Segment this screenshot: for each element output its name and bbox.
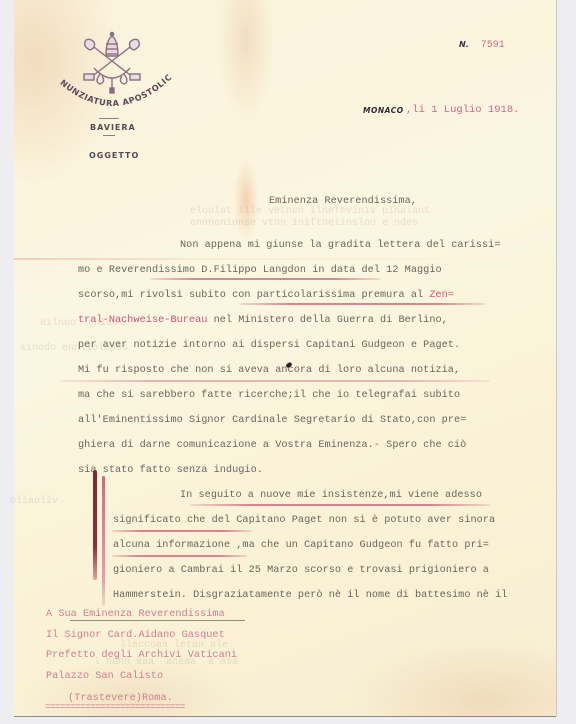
red-pencil-underline xyxy=(112,555,247,557)
body-line-text: scorso,mi rivolsi subito con particolari… xyxy=(78,290,429,301)
body-line: mo e Reverendissimo D.Filippo Langdon in… xyxy=(78,265,442,277)
body-line: all'Eminentissimo Signor Cardinale Segre… xyxy=(78,415,466,427)
dateline-date: ,li 1 Luglio 1918. xyxy=(406,104,519,116)
letterhead-divider xyxy=(103,135,115,136)
letterhead-institution: NUNZIATURA APOSTOLICA xyxy=(50,70,180,120)
letterhead-subject-label: OGGETTO xyxy=(89,151,139,160)
addressee-line: Il Signor Card.Aidano Gasquet xyxy=(46,630,225,642)
body-line: Non appena mi giunse la gradita lettera … xyxy=(180,240,501,252)
body-line: Mi fu risposto che non si aveva ancora d… xyxy=(78,365,460,377)
body-line: sia stato fatto senza indugio. xyxy=(78,465,263,477)
body-line: per aver notizie intorno ai dispersi Cap… xyxy=(78,340,460,352)
body-line: ghiera di darne comunicazione a Vostra E… xyxy=(78,440,466,452)
body-line: gioniero a Cambrai il 25 Marzo scorso e … xyxy=(113,565,489,577)
salutation: Eminenza Reverendissima, xyxy=(269,196,417,208)
body-line-text: nel Ministero della Guerra di Berlino, xyxy=(207,315,447,326)
bleed-through-text: oliaoliv xyxy=(10,496,58,507)
red-pencil-underline xyxy=(240,303,485,305)
dateline-place: MONACO xyxy=(363,106,404,115)
pink-fragment: tral-Nachweise-Bureau xyxy=(78,315,207,326)
body-line: ma che si sarebbero fatte ricerche;il ch… xyxy=(78,390,460,402)
letterhead-region: BAVIERA xyxy=(90,123,136,132)
letterhead-divider xyxy=(99,118,119,119)
addressee-underline xyxy=(70,620,245,621)
bleed-through-text: ennnenionse vtnn iniftnelinsloo e ndes xyxy=(190,218,418,229)
margin-mark-dark xyxy=(93,470,97,580)
body-line: scorso,mi rivolsi subito con particolari… xyxy=(78,290,454,302)
pink-fragment: Zen= xyxy=(429,290,454,301)
red-pencil-underline xyxy=(112,530,252,532)
addressee-line: Prefetto degli Archivi Vaticani xyxy=(46,650,237,662)
body-line: In seguito a nuove mie insistenze,mi vie… xyxy=(180,490,482,502)
reference-number: N. 7591 xyxy=(459,40,505,51)
svg-text:NUNZIATURA APOSTOLICA: NUNZIATURA APOSTOLICA xyxy=(50,70,174,108)
reference-number-value: 7591 xyxy=(481,40,505,51)
addressee-line: Palazzo San Calisto xyxy=(46,671,163,683)
body-line: tral-Nachweise-Bureau nel Ministero dell… xyxy=(78,315,448,327)
body-line: significato che del Capitano Paget non s… xyxy=(113,515,495,527)
body-line: alcuna informazione ,ma che un Capitano … xyxy=(113,540,489,552)
paper-fold-crease xyxy=(14,258,556,260)
red-pencil-underline xyxy=(190,504,490,506)
red-pencil-underline xyxy=(150,278,380,280)
reference-number-label: N. xyxy=(459,40,469,49)
margin-mark-pink xyxy=(102,476,105,606)
red-pencil-underline xyxy=(60,380,490,382)
addressee-rule: ============================ xyxy=(45,702,185,712)
body-line: Hammerstein. Disgraziatamente però nè il… xyxy=(113,590,507,602)
